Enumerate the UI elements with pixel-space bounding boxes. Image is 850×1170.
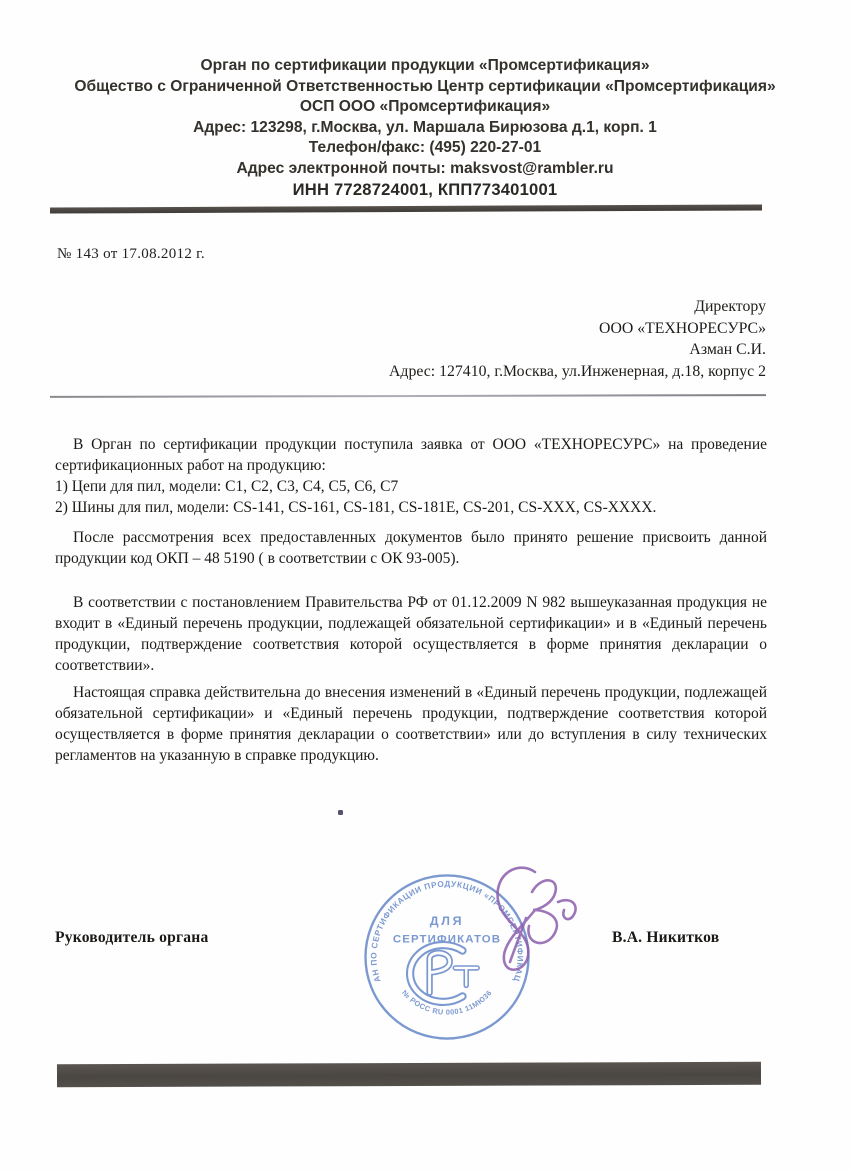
- paragraph-application-text: В Орган по сертификации продукции поступ…: [55, 434, 767, 476]
- signature-scribble: [440, 858, 590, 988]
- letterhead: Орган по сертификации продукции «Промсер…: [40, 56, 810, 200]
- scanned-letter-page: Орган по сертификации продукции «Промсер…: [0, 0, 850, 1170]
- addressee-company: ООО «ТЕХНОРЕСУРС»: [389, 318, 766, 340]
- addressee-divider-line: [50, 394, 766, 398]
- product-item-bars: 2) Шины для пил, модели: CS-141, CS-161,…: [55, 497, 767, 518]
- body-paragraph-application: В Орган по сертификации продукции поступ…: [55, 434, 767, 518]
- addressee-address: Адрес: 127410, г.Москва, ул.Инженерная, …: [389, 361, 766, 383]
- paragraph-regulation-text: В соответствии с постановлением Правител…: [55, 592, 767, 676]
- body-paragraph-decision: После рассмотрения всех предоставленных …: [55, 527, 767, 569]
- body-paragraph-regulation: В соответствии с постановлением Правител…: [55, 592, 767, 676]
- product-item-chains: 1) Цепи для пил, модели: C1, C2, C3, C4,…: [55, 476, 767, 497]
- signature-stroke-loop: [498, 868, 535, 970]
- paragraph-decision-text: После рассмотрения всех предоставленных …: [55, 527, 767, 569]
- letterhead-phone: Телефон/факс: (495) 220-27-01: [40, 138, 810, 159]
- letterhead-company-name: Общество с Ограниченной Ответственностью…: [40, 77, 810, 98]
- addressee-person: Азман С.И.: [389, 339, 766, 361]
- addressee-position: Директору: [389, 296, 766, 318]
- signatory-name: В.А. Никитков: [612, 929, 719, 947]
- letterhead-org-name: Орган по сертификации продукции «Промсер…: [40, 56, 810, 77]
- body-paragraph-validity: Настоящая справка действительна до внесе…: [55, 682, 767, 766]
- letterhead-divider-bar: [50, 204, 762, 213]
- letterhead-inn-kpp: ИНН 7728724001, КПП773401001: [40, 180, 810, 201]
- reference-number: № 143 от 17.08.2012 г.: [57, 246, 205, 263]
- ink-dot-artifact: [338, 810, 343, 815]
- letterhead-address: Адрес: 123298, г.Москва, ул. Маршала Бир…: [40, 118, 810, 139]
- letterhead-branch-name: ОСП ООО «Промсертификация»: [40, 97, 810, 118]
- signatory-title: Руководитель органа: [55, 929, 208, 947]
- addressee-block: Директору ООО «ТЕХНОРЕСУРС» Азман С.И. А…: [389, 296, 766, 382]
- paragraph-validity-text: Настоящая справка действительна до внесе…: [55, 682, 767, 766]
- letterhead-email: Адрес электронной почты: maksvost@ramble…: [40, 159, 810, 180]
- signature-stroke-tail: [558, 900, 576, 919]
- bottom-scan-bar: [57, 1062, 761, 1087]
